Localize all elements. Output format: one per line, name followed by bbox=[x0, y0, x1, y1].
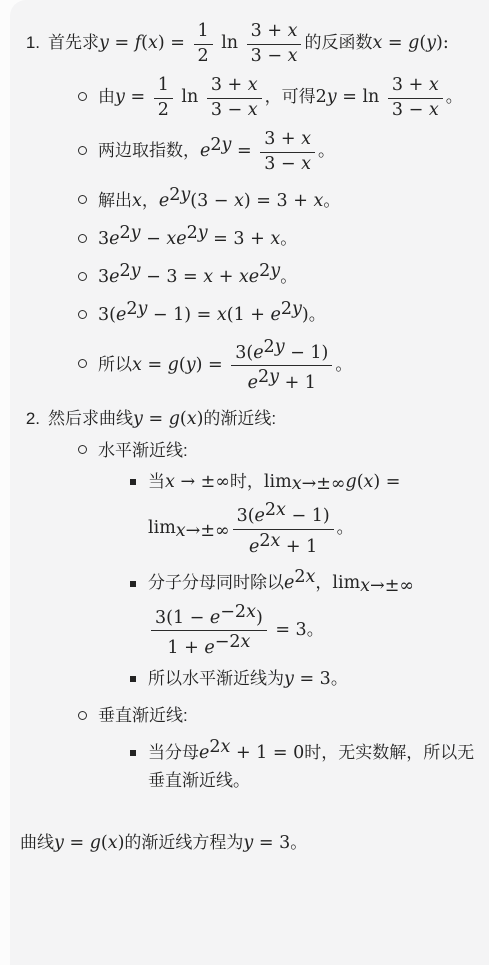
text-line: 然后求曲线y = g(x)的渐近线: bbox=[48, 406, 477, 433]
list-item: 所以水平渐近线为y = 3。 bbox=[126, 666, 477, 693]
math-segment: →±∞ bbox=[302, 474, 346, 494]
math-segment: 2 bbox=[210, 135, 221, 155]
math-segment: e bbox=[248, 373, 258, 393]
superscript: 2y bbox=[258, 373, 279, 385]
text-segment: 。 bbox=[307, 620, 324, 639]
math-segment: y bbox=[54, 833, 64, 853]
math-segment: y bbox=[327, 87, 337, 107]
text-segment: 水平渐近线: bbox=[98, 441, 188, 460]
math-segment: = ln bbox=[337, 87, 385, 107]
math-segment: lim bbox=[264, 472, 292, 492]
text-segment: 所以水平渐近线为 bbox=[148, 669, 284, 688]
math-segment: ) = bbox=[196, 355, 229, 375]
item-content: 解出x，e2y(3 − x) = 3 + x。 bbox=[98, 182, 477, 215]
number-marker: 2. bbox=[20, 409, 40, 429]
math-segment: x bbox=[165, 472, 175, 492]
text-segment: 垂直渐近线: bbox=[98, 706, 188, 725]
superscript: 2y bbox=[259, 267, 280, 279]
text-line: 当x → ±∞时，limx→±∞g(x) = limx→±∞3(e2x − 1)… bbox=[148, 469, 477, 559]
fraction-numerator: 1 bbox=[194, 21, 213, 44]
math-segment: x bbox=[306, 567, 316, 587]
fraction-denominator: 2 bbox=[194, 44, 213, 67]
math-segment: 2 bbox=[187, 223, 198, 243]
math-segment: 2 bbox=[259, 531, 270, 551]
text-segment: 。 bbox=[280, 229, 297, 248]
math-segment: 3 + bbox=[392, 75, 429, 95]
math-segment: →±∞ bbox=[370, 576, 414, 596]
math-segment: ): bbox=[436, 33, 449, 53]
fraction-numerator: 3(e2y − 1) bbox=[231, 337, 332, 365]
math-segment: 2 bbox=[120, 261, 131, 281]
item-content: 3e2y − 3 = x + xe2y。 bbox=[98, 258, 477, 291]
math-segment: x bbox=[270, 531, 280, 551]
text-line: 由y = 12 ln 3 + x3 − x，可得2y = ln 3 + x3 −… bbox=[98, 73, 477, 122]
text-segment: 。 bbox=[331, 669, 348, 688]
math-segment: 2 bbox=[258, 367, 269, 387]
math-segment: x bbox=[148, 33, 158, 53]
math-segment: lim bbox=[332, 573, 360, 593]
math-segment: + 1 bbox=[280, 537, 317, 557]
text-segment: 当 bbox=[148, 472, 165, 491]
math-segment: ( bbox=[101, 833, 108, 853]
math-segment: e bbox=[210, 608, 220, 628]
solution-list: 1.首先求y = f(x) = 12 ln 3 + x3 − x的反函数x = … bbox=[20, 19, 477, 804]
math-segment: − 1) = bbox=[147, 306, 217, 326]
bullet-marker bbox=[76, 193, 89, 211]
text-line: 3(e2y − 1) = x(1 + e2y)。 bbox=[98, 296, 477, 329]
item-content: 水平渐近线:当x → ±∞时，limx→±∞g(x) = limx→±∞3(e2… bbox=[98, 438, 477, 698]
math-segment: x bbox=[270, 229, 280, 249]
list-item: 两边取指数，e2y = 3 + x3 − x。 bbox=[76, 127, 477, 176]
math-segment: x bbox=[241, 632, 251, 652]
math-segment: 2 bbox=[281, 299, 292, 319]
circle-bullet-icon bbox=[78, 445, 87, 454]
math-segment: 1 bbox=[158, 75, 169, 95]
math-segment: ) bbox=[256, 608, 263, 628]
square-bullet-icon bbox=[130, 581, 136, 587]
text-segment: 。 bbox=[290, 833, 307, 852]
math-segment: e bbox=[284, 573, 294, 593]
math-segment: = bbox=[64, 833, 90, 853]
math-segment: x bbox=[292, 474, 302, 494]
list-item: 3e2y − xe2y = 3 + x。 bbox=[76, 220, 477, 253]
math-segment: → ±∞ bbox=[175, 472, 230, 492]
math-segment: 3 − bbox=[264, 154, 301, 174]
text-line: 3e2y − xe2y = 3 + x。 bbox=[98, 220, 477, 253]
text-segment: 的渐近线方程为 bbox=[124, 833, 243, 852]
text-line: 垂直渐近线: bbox=[98, 703, 477, 729]
math-segment: − 1) bbox=[285, 343, 329, 363]
item-content: 3(e2y − 1) = x(1 + e2y)。 bbox=[98, 296, 477, 329]
fraction-denominator: 3 − x bbox=[207, 98, 262, 121]
math-segment: 3 bbox=[98, 229, 109, 249]
math-segment: y bbox=[99, 33, 109, 53]
math-segment: xe bbox=[166, 229, 186, 249]
text-segment: 解出 bbox=[98, 191, 132, 210]
math-segment: ( bbox=[179, 355, 186, 375]
math-segment: 3 + bbox=[251, 21, 288, 41]
circle-bullet-icon bbox=[78, 92, 87, 101]
math-segment: e bbox=[109, 267, 119, 287]
list-item: 3(e2y − 1) = x(1 + e2y)。 bbox=[76, 296, 477, 329]
math-segment: ( bbox=[357, 472, 364, 492]
math-segment: y bbox=[180, 185, 190, 205]
list-item: 水平渐近线:当x → ±∞时，limx→±∞g(x) = limx→±∞3(e2… bbox=[76, 438, 477, 698]
text-segment: 。 bbox=[337, 518, 354, 537]
math-segment: y bbox=[198, 223, 208, 243]
math-segment: g bbox=[408, 33, 419, 53]
math-segment: x bbox=[132, 355, 142, 375]
math-segment: ) bbox=[302, 306, 309, 326]
math-segment: = bbox=[382, 33, 408, 53]
math-segment: 3 − bbox=[211, 100, 248, 120]
fraction: 3 + x3 − x bbox=[207, 75, 262, 120]
math-segment: = bbox=[125, 87, 151, 107]
bullet-marker bbox=[76, 269, 89, 287]
circle-bullet-icon bbox=[78, 310, 87, 319]
fraction-numerator: 3(1 − e−2x) bbox=[151, 602, 267, 630]
bullet-marker bbox=[126, 474, 139, 492]
math-segment: 2 bbox=[198, 46, 209, 66]
sublist: 水平渐近线:当x → ±∞时，limx→±∞g(x) = limx→±∞3(e2… bbox=[76, 438, 477, 799]
superscript: 2x bbox=[265, 506, 286, 518]
superscript: 2y bbox=[264, 343, 285, 355]
circle-bullet-icon bbox=[78, 359, 87, 368]
math-segment: y bbox=[137, 299, 147, 319]
bullet-marker bbox=[126, 671, 139, 689]
math-segment: 2 bbox=[169, 185, 180, 205]
item-content: 垂直渐近线:当分母e2x + 1 = 0时，无实数解，所以无垂直渐近线。 bbox=[98, 703, 477, 799]
text-segment: 。 bbox=[309, 306, 326, 325]
square-bullet-icon bbox=[130, 479, 136, 485]
fraction-denominator: e2x + 1 bbox=[233, 529, 334, 557]
superscript: 2y bbox=[120, 267, 141, 279]
square-bullet-icon bbox=[130, 750, 136, 756]
text-segment: 。 bbox=[323, 191, 340, 210]
bullet-marker bbox=[76, 231, 89, 249]
list-item: 当分母e2x + 1 = 0时，无实数解，所以无垂直渐近线。 bbox=[126, 734, 477, 794]
circle-bullet-icon bbox=[78, 711, 87, 720]
math-segment: ln bbox=[216, 33, 244, 53]
math-segment: 2 bbox=[294, 567, 305, 587]
text-segment: 的渐近线: bbox=[203, 409, 276, 428]
math-segment: x bbox=[217, 306, 227, 326]
list-item: 3e2y − 3 = x + xe2y。 bbox=[76, 258, 477, 291]
math-segment: = bbox=[143, 409, 169, 429]
math-segment: g bbox=[169, 409, 180, 429]
math-segment: e bbox=[159, 191, 169, 211]
math-segment: e bbox=[204, 638, 214, 658]
item-content: 当分母e2x + 1 = 0时，无实数解，所以无垂直渐近线。 bbox=[148, 734, 477, 794]
math-segment: x bbox=[187, 409, 197, 429]
fraction: 3(e2y − 1)e2y + 1 bbox=[231, 337, 332, 394]
superscript: −2x bbox=[220, 608, 256, 620]
item-content: 所以x = g(y) = 3(e2y − 1)e2y + 1。 bbox=[98, 335, 477, 396]
list-item: 分子分母同时除以e2x，limx→±∞3(1 − e−2x)1 + e−2x =… bbox=[126, 564, 477, 660]
math-segment: + 1 = 0 bbox=[230, 743, 304, 763]
superscript: 2y bbox=[169, 191, 190, 203]
math-segment: y bbox=[292, 299, 302, 319]
math-segment: x bbox=[372, 33, 382, 53]
bullet-marker bbox=[76, 308, 89, 326]
math-segment: 3 + bbox=[211, 75, 248, 95]
text-segment: 分子分母同时除以 bbox=[148, 573, 284, 592]
math-segment: x bbox=[276, 500, 286, 520]
superscript: 2y bbox=[210, 141, 231, 153]
circle-bullet-icon bbox=[78, 272, 87, 281]
math-segment: y bbox=[186, 355, 196, 375]
text-segment: 当分母 bbox=[148, 743, 199, 762]
footer-line: 曲线y = g(x)的渐近线方程为y = 3。 bbox=[20, 830, 477, 857]
math-segment: y bbox=[269, 367, 279, 387]
math-segment: = bbox=[231, 141, 257, 161]
subscript: x→±∞ bbox=[360, 582, 414, 594]
item-content: 所以水平渐近线为y = 3。 bbox=[148, 666, 477, 693]
math-segment: y bbox=[243, 833, 253, 853]
superscript: −2x bbox=[215, 638, 251, 650]
bullet-marker bbox=[76, 89, 89, 107]
math-segment: 3( bbox=[98, 306, 116, 326]
superscript: 2y bbox=[126, 305, 147, 317]
bullet-marker bbox=[76, 357, 89, 375]
fraction: 3 + x3 − x bbox=[388, 75, 443, 120]
math-segment: xe bbox=[239, 267, 259, 287]
math-segment: y bbox=[426, 33, 436, 53]
fraction: 12 bbox=[154, 75, 173, 120]
fraction: 3(e2x − 1)e2x + 1 bbox=[233, 500, 334, 557]
item-content: 分子分母同时除以e2x，limx→±∞3(1 − e−2x)1 + e−2x =… bbox=[148, 564, 477, 660]
list-item: 解出x，e2y(3 − x) = 3 + x。 bbox=[76, 182, 477, 215]
superscript: 2y bbox=[120, 229, 141, 241]
math-segment: 3( bbox=[237, 506, 255, 526]
subscript: x→±∞ bbox=[292, 480, 346, 492]
item-content: 由y = 12 ln 3 + x3 − x，可得2y = ln 3 + x3 −… bbox=[98, 73, 477, 122]
math-segment: y bbox=[115, 87, 125, 107]
math-segment: x bbox=[246, 602, 256, 622]
item-content: 当x → ±∞时，limx→±∞g(x) = limx→±∞3(e2x − 1)… bbox=[148, 469, 477, 559]
math-segment: e bbox=[116, 306, 126, 326]
math-segment: = 3 bbox=[294, 669, 331, 689]
text-segment: 的反函数 bbox=[304, 33, 372, 52]
circle-bullet-icon bbox=[78, 195, 87, 204]
math-segment: y bbox=[275, 337, 285, 357]
math-segment: x bbox=[288, 21, 298, 41]
square-bullet-icon bbox=[130, 676, 136, 682]
math-segment: x bbox=[176, 521, 186, 541]
text-line: 两边取指数，e2y = 3 + x3 − x。 bbox=[98, 127, 477, 176]
superscript: 2x bbox=[294, 573, 315, 585]
text-segment: 两边取指数， bbox=[98, 141, 200, 160]
math-segment: ( bbox=[180, 409, 187, 429]
circle-bullet-icon bbox=[78, 146, 87, 155]
superscript: 2x bbox=[209, 743, 230, 755]
math-segment: −2 bbox=[215, 632, 241, 652]
math-segment: 3( bbox=[235, 343, 253, 363]
text-line: 所以水平渐近线为y = 3。 bbox=[148, 666, 477, 693]
text-segment: 由 bbox=[98, 87, 115, 106]
list-item: 当x → ±∞时，limx→±∞g(x) = limx→±∞3(e2x − 1)… bbox=[126, 469, 477, 559]
math-segment: 2 bbox=[316, 87, 327, 107]
bullet-marker bbox=[76, 708, 89, 726]
text-segment: 首先求 bbox=[48, 33, 99, 52]
text-segment: 。 bbox=[335, 355, 352, 374]
text-segment: ， bbox=[315, 573, 332, 592]
math-segment: y bbox=[222, 135, 232, 155]
fraction: 3 + x3 − x bbox=[247, 21, 302, 66]
list-item: 所以x = g(y) = 3(e2y − 1)e2y + 1。 bbox=[76, 335, 477, 396]
math-segment: y bbox=[131, 223, 141, 243]
text-line: 当分母e2x + 1 = 0时，无实数解，所以无垂直渐近线。 bbox=[148, 734, 477, 794]
fraction-numerator: 3 + x bbox=[247, 21, 302, 44]
math-segment: ) = 3 + bbox=[244, 191, 314, 211]
fraction-denominator: 3 − x bbox=[260, 152, 315, 175]
math-segment: 2 bbox=[264, 337, 275, 357]
fraction-numerator: 3 + x bbox=[207, 75, 262, 98]
math-segment: g bbox=[168, 355, 179, 375]
text-segment: 所以 bbox=[98, 355, 132, 374]
math-segment: 3(1 − bbox=[155, 608, 210, 628]
math-segment: 2 bbox=[265, 500, 276, 520]
math-segment: y bbox=[133, 409, 143, 429]
math-segment: x bbox=[301, 129, 311, 149]
fraction-denominator: e2y + 1 bbox=[231, 365, 332, 393]
text-segment: 时， bbox=[230, 472, 264, 491]
math-segment: − 1) bbox=[286, 506, 330, 526]
fraction-numerator: 3 + x bbox=[260, 129, 315, 152]
item-content: 首先求y = f(x) = 12 ln 3 + x3 − x的反函数x = g(… bbox=[48, 19, 477, 401]
text-line: 解出x，e2y(3 − x) = 3 + x。 bbox=[98, 182, 477, 215]
math-segment: y bbox=[270, 261, 280, 281]
math-segment: lim bbox=[148, 518, 176, 538]
math-segment: x bbox=[288, 46, 298, 66]
math-segment: 3 bbox=[98, 267, 109, 287]
math-segment: x bbox=[429, 75, 439, 95]
math-segment: −2 bbox=[220, 602, 246, 622]
math-segment: = 3 + bbox=[208, 229, 271, 249]
math-segment: g bbox=[90, 833, 101, 853]
math-segment: x bbox=[301, 154, 311, 174]
text-line: 水平渐近线: bbox=[98, 438, 477, 464]
math-segment: x bbox=[221, 737, 231, 757]
math-segment: x bbox=[132, 191, 142, 211]
math-segment: 3 − bbox=[251, 46, 288, 66]
bullet-marker bbox=[76, 443, 89, 461]
math-segment: 3 + bbox=[264, 129, 301, 149]
math-segment: ln bbox=[176, 87, 204, 107]
text-segment: 。 bbox=[446, 87, 463, 106]
bullet-marker bbox=[126, 575, 139, 593]
math-segment: − bbox=[141, 229, 167, 249]
math-segment: = 3 bbox=[253, 833, 290, 853]
math-segment: 1 bbox=[198, 21, 209, 41]
math-segment: ) = bbox=[373, 472, 400, 492]
list-item: 由y = 12 ln 3 + x3 − x，可得2y = ln 3 + x3 −… bbox=[76, 73, 477, 122]
math-segment: + bbox=[213, 267, 239, 287]
math-segment: x bbox=[360, 576, 370, 596]
circle-bullet-icon bbox=[78, 234, 87, 243]
math-segment: x bbox=[234, 191, 244, 211]
math-segment: 3 − bbox=[392, 100, 429, 120]
math-segment: g bbox=[345, 472, 356, 492]
fraction: 3 + x3 − x bbox=[260, 129, 315, 174]
sublist: 由y = 12 ln 3 + x3 − x，可得2y = ln 3 + x3 −… bbox=[76, 73, 477, 395]
item-content: 两边取指数，e2y = 3 + x3 − x。 bbox=[98, 127, 477, 176]
text-line: 3e2y − 3 = x + xe2y。 bbox=[98, 258, 477, 291]
superscript: 2x bbox=[259, 537, 280, 549]
fraction-denominator: 3 − x bbox=[247, 44, 302, 67]
math-segment: 2 bbox=[259, 261, 270, 281]
superscript: 2y bbox=[187, 229, 208, 241]
math-segment: = bbox=[142, 355, 168, 375]
fraction-numerator: 3 + x bbox=[388, 75, 443, 98]
list-item: 2.然后求曲线y = g(x)的渐近线:水平渐近线:当x → ±∞时，limx→… bbox=[20, 406, 477, 804]
math-segment: x bbox=[108, 833, 118, 853]
fraction-denominator: 2 bbox=[154, 98, 173, 121]
text-segment: 曲线 bbox=[20, 833, 54, 852]
math-segment: e bbox=[109, 229, 119, 249]
math-segment: ( bbox=[141, 33, 148, 53]
math-segment: y bbox=[284, 669, 294, 689]
text-segment: 。 bbox=[318, 141, 335, 160]
fraction: 3(1 − e−2x)1 + e−2x bbox=[151, 602, 267, 659]
math-segment: ) = bbox=[158, 33, 191, 53]
math-segment: e bbox=[249, 537, 259, 557]
math-segment: 2 bbox=[126, 299, 137, 319]
bullet-marker bbox=[126, 745, 139, 763]
list-item: 垂直渐近线:当分母e2x + 1 = 0时，无实数解，所以无垂直渐近线。 bbox=[76, 703, 477, 799]
bullet-marker bbox=[76, 143, 89, 161]
text-segment: ， bbox=[142, 191, 159, 210]
math-segment: 1 + bbox=[167, 638, 204, 658]
fraction-numerator: 1 bbox=[154, 75, 173, 98]
math-segment: = bbox=[109, 33, 135, 53]
fraction: 12 bbox=[194, 21, 213, 66]
sublist: 当分母e2x + 1 = 0时，无实数解，所以无垂直渐近线。 bbox=[126, 734, 477, 794]
item-content: 3e2y − xe2y = 3 + x。 bbox=[98, 220, 477, 253]
text-segment: 。 bbox=[280, 267, 297, 286]
text-line: 所以x = g(y) = 3(e2y − 1)e2y + 1。 bbox=[98, 335, 477, 396]
math-segment: e bbox=[199, 743, 209, 763]
math-segment: x bbox=[429, 100, 439, 120]
math-segment: x bbox=[248, 100, 258, 120]
math-segment: (3 − bbox=[190, 191, 234, 211]
superscript: 2y bbox=[281, 305, 302, 317]
math-segment: y bbox=[131, 261, 141, 281]
fraction-numerator: 3(e2x − 1) bbox=[233, 500, 334, 528]
math-segment: x bbox=[313, 191, 323, 211]
fraction-denominator: 3 − x bbox=[388, 98, 443, 121]
number-marker: 1. bbox=[20, 33, 40, 53]
math-segment: x bbox=[248, 75, 258, 95]
fraction-denominator: 1 + e−2x bbox=[151, 630, 267, 658]
math-segment: e bbox=[255, 506, 265, 526]
math-segment: (1 + bbox=[227, 306, 271, 326]
list-item: 1.首先求y = f(x) = 12 ln 3 + x3 − x的反函数x = … bbox=[20, 19, 477, 401]
math-segment: 2 bbox=[120, 223, 131, 243]
text-segment: 然后求曲线 bbox=[48, 409, 133, 428]
subscript: x→±∞ bbox=[176, 527, 230, 539]
sublist: 当x → ±∞时，limx→±∞g(x) = limx→±∞3(e2x − 1)… bbox=[126, 469, 477, 693]
item-content: 然后求曲线y = g(x)的渐近线:水平渐近线:当x → ±∞时，limx→±∞… bbox=[48, 406, 477, 804]
math-segment: 2 bbox=[209, 737, 220, 757]
math-segment: →±∞ bbox=[186, 521, 230, 541]
text-segment: ，可得 bbox=[265, 87, 316, 106]
text-line: 首先求y = f(x) = 12 ln 3 + x3 − x的反函数x = g(… bbox=[48, 19, 477, 68]
math-segment: 2 bbox=[158, 100, 169, 120]
math-segment: = 3 bbox=[270, 620, 307, 640]
math-segment: e bbox=[271, 306, 281, 326]
text-line: 分子分母同时除以e2x，limx→±∞3(1 − e−2x)1 + e−2x =… bbox=[148, 564, 477, 660]
